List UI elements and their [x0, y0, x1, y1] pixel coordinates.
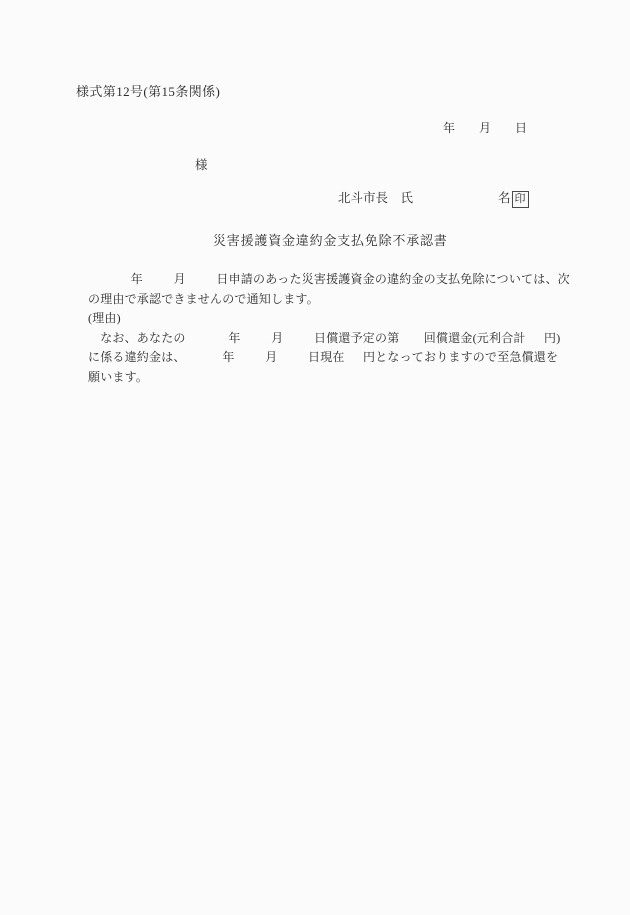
body-line-2: の理由で承認できませんので通知します。: [88, 290, 578, 310]
body-line-1: 年 月 日申請のあった災害援護資金の違約金の支払免除については、次: [88, 270, 578, 290]
issue-date-line: 年 月 日: [443, 121, 527, 135]
body-line-4: なお、あなたの 年 月 日償還予定の第 回償還金(元利合計 円): [88, 329, 578, 349]
sender-title-line: 北斗市長 氏: [338, 191, 413, 206]
sender-name-seal: 名印: [498, 191, 529, 208]
body-line-5: に係る違約金は、 年 月 日現在 円となっておりますので至急償還を: [88, 348, 578, 368]
document-page: 様式第12号(第15条関係) 年 月 日 様 北斗市長 氏 名印 災害援護資金違…: [0, 0, 630, 915]
addressee-honorific: 様: [195, 158, 208, 173]
body-line-6: 願います。: [88, 368, 578, 388]
sender-name-label: 名: [498, 191, 511, 205]
body-line-3: (理由): [88, 309, 578, 329]
body-paragraph: 年 月 日申請のあった災害援護資金の違約金の支払免除については、次 の理由で承認…: [88, 270, 578, 387]
document-title: 災害援護資金違約金支払免除不承認書: [213, 233, 448, 249]
form-number: 様式第12号(第15条関係): [76, 84, 220, 100]
seal-stamp-box: 印: [512, 191, 529, 208]
